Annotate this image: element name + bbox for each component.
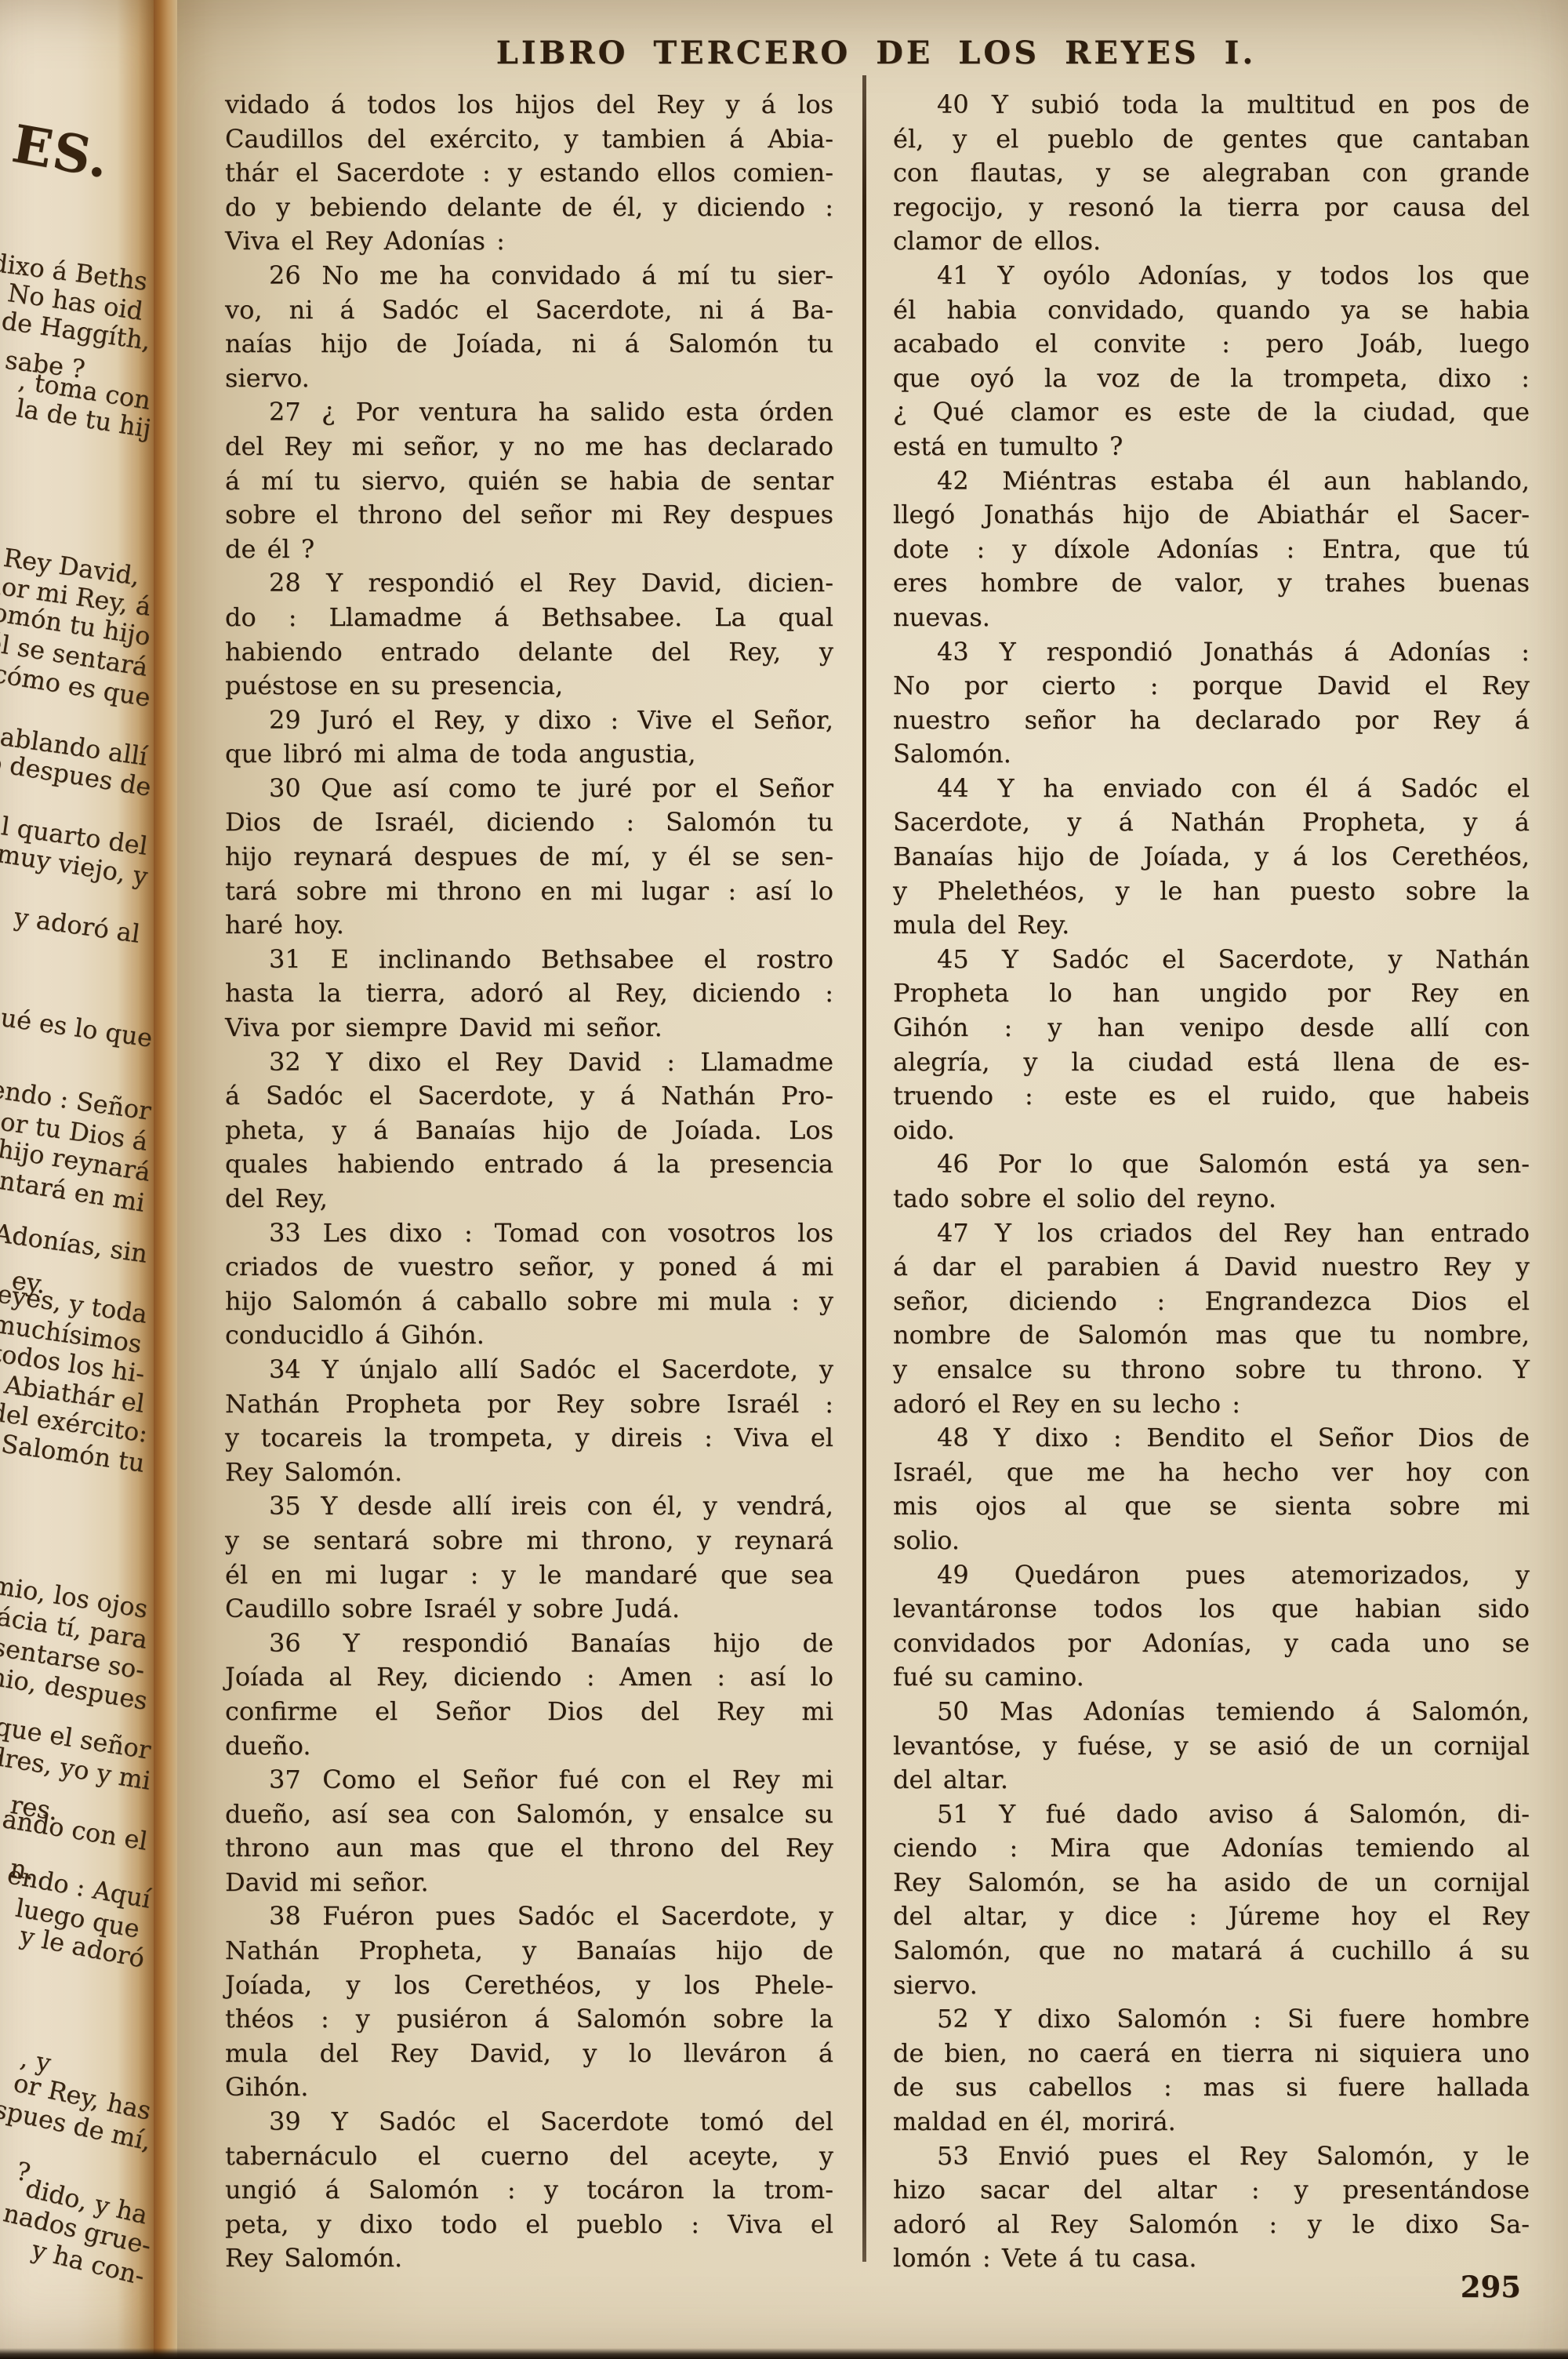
text-line: Caudillos del exército, y tambien á Abia… [225,122,833,157]
text-line: tado sobre el solio del reyno. [893,1182,1530,1216]
text-line: Salomón. [893,737,1530,772]
text-line: clamor de ellos. [893,224,1530,259]
text-line: criados de vuestro señor, y poned á mi [225,1250,833,1285]
text-line: 27 ¿ Por ventura ha salido esta órden [225,395,833,430]
text-line: 34 Y únjalo allí Sadóc el Sacerdote, y [225,1353,833,1387]
text-line: hijo Salomón á caballo sobre mi mula : y [225,1285,833,1319]
text-line: confirme el Señor Dios del Rey mi [225,1695,833,1729]
text-line: Gihón : y han venipo desde allí con [893,1011,1530,1045]
text-line: ¿ Qué clamor es este de la ciudad, que [893,395,1530,430]
text-line: dote : y díxole Adonías : Entra, que tú [893,533,1530,567]
text-line: Nathán Propheta, y Banaías hijo de [225,1934,833,1968]
text-line: 32 Y dixo el Rey David : Llamadme [225,1045,833,1080]
text-line: Rey Salomón, se ha asido de un cornijal [893,1866,1530,1900]
page-number: 295 [1286,2270,1521,2304]
prev-page-text-fragment: Qué es lo que [0,999,154,1052]
text-line: y se sentará sobre mi throno, y reynará [225,1524,833,1558]
text-line: 47 Y los criados del Rey han entrado [893,1216,1530,1251]
text-line: No por cierto : porque David el Rey [893,669,1530,703]
photo-bottom-edge [0,2348,1568,2359]
text-line: alegría, y la ciudad está llena de es- [893,1045,1530,1080]
text-line: maldad en él, morirá. [893,2105,1530,2139]
text-line: Dios de Israél, diciendo : Salomón tu [225,805,833,840]
text-line: 46 Por lo que Salomón está ya sen- [893,1147,1530,1182]
text-line: solio. [893,1524,1530,1558]
text-line: tará sobre mi throno en mi lugar : así l… [225,874,833,909]
text-line: 48 Y dixo : Bendito el Señor Dios de [893,1421,1530,1456]
text-line: nombre de Salomón mas que tu nombre, [893,1318,1530,1353]
text-line: nuestro señor ha declarado por Rey á [893,703,1530,738]
text-line: eres hombre de valor, y trahes buenas [893,566,1530,601]
prev-page-text-fragment: ES. [9,113,115,190]
text-line: théos : y pusiéron á Salomón sobre la [225,2002,833,2037]
text-line: que libró mi alma de toda angustia, [225,737,833,772]
text-line: hasta la tierra, adoró al Rey, diciendo … [225,976,833,1011]
text-line: él habia convidado, quando ya se habia [893,293,1530,328]
text-line: 41 Y oyólo Adonías, y todos los que [893,259,1530,293]
text-line: y tocareis la trompeta, y direis : Viva … [225,1421,833,1456]
text-line: él en mi lugar : y le mandaré que sea [225,1558,833,1593]
text-line: Salomón, que no matará á cuchillo á su [893,1934,1530,1968]
text-line: 51 Y fué dado aviso á Salomón, di- [893,1797,1530,1832]
text-line: habiendo entrado delante del Rey, y [225,635,833,670]
text-line: Propheta lo han ungido por Rey en [893,976,1530,1011]
text-line: puéstose en su presencia, [225,669,833,703]
text-line: 50 Mas Adonías temiendo á Salomón, [893,1695,1530,1729]
text-line: Joíada al Rey, diciendo : Amen : así lo [225,1660,833,1695]
text-line: quales habiendo entrado á la presencia [225,1147,833,1182]
text-line: Viva el Rey Adonías : [225,224,833,259]
text-column-left: vidado á todos los hijos del Rey y á los… [225,88,833,2276]
text-line: Sacerdote, y á Nathán Propheta, y á [893,805,1530,840]
previous-page-edge: ES.dixo á Beths¿ No has oido de Haggíth,… [0,0,154,2359]
text-line: truendo : este es el ruido, que habeis [893,1079,1530,1114]
text-line: á dar el parabien á David nuestro Rey y [893,1250,1530,1285]
scanned-book-photo: ES.dixo á Beths¿ No has oido de Haggíth,… [0,0,1568,2359]
text-line: 31 E inclinando Bethsabee el rostro [225,943,833,977]
text-line: haré hoy. [225,908,833,943]
text-line: Caudillo sobre Israél y sobre Judá. [225,1592,833,1627]
page-fold-gutter [154,0,177,2359]
text-line: de bien, no caerá en tierra ni siquiera … [893,2037,1530,2071]
text-line: señor, diciendo : Engrandezca Dios el [893,1285,1530,1319]
text-line: á mí tu siervo, quién se habia de sentar [225,464,833,499]
text-line: oido. [893,1114,1530,1148]
text-line: hijo reynará despues de mí, y él se sen- [225,840,833,874]
text-line: 40 Y subió toda la multitud en pos de [893,88,1530,122]
text-line: do : Llamadme á Bethsabee. La qual [225,601,833,635]
text-line: levantóse, y fuése, y se asió de un corn… [893,1729,1530,1764]
text-line: 42 Miéntras estaba él aun hablando, [893,464,1530,499]
text-line: y Phelethéos, y le han puesto sobre la [893,874,1530,909]
text-line: 44 Y ha enviado con él á Sadóc el [893,772,1530,806]
text-line: que oyó la voz de la trompeta, dixo : [893,362,1530,396]
text-line: mula del Rey David, y lo lleváron á [225,2037,833,2071]
text-line: throno aun mas que el throno del Rey [225,1831,833,1866]
text-column-right: 40 Y subió toda la multitud en pos deél,… [893,88,1530,2276]
text-line: con flautas, y se alegraban con grande [893,156,1530,191]
text-line: sobre el throno del señor mi Rey despues [225,498,833,533]
text-line: siervo. [893,1968,1530,2003]
text-line: Rey Salomón. [225,1456,833,1490]
text-line: 36 Y respondió Banaías hijo de [225,1627,833,1661]
text-line: del altar. [893,1763,1530,1797]
text-line: mula del Rey. [893,908,1530,943]
prev-page-text-fragment: Adonías, sin [0,1218,150,1269]
text-line: Joíada, y los Cerethéos, y los Phele- [225,1968,833,2003]
text-line: 35 Y desde allí ireis con él, y vendrá, [225,1489,833,1524]
text-line: naías hijo de Joíada, ni á Salomón tu [225,327,833,362]
text-line: vo, ni á Sadóc el Sacerdote, ni á Ba- [225,293,833,328]
text-line: 29 Juró el Rey, y dixo : Vive el Señor, [225,703,833,738]
prev-page-text-fragment: ando con el [1,1804,150,1856]
text-line: do y bebiendo delante de él, y diciendo … [225,191,833,225]
text-line: Nathán Propheta por Rey sobre Israél : [225,1387,833,1422]
text-line: ciendo : Mira que Adonías temiendo al [893,1831,1530,1866]
text-line: 39 Y Sadóc el Sacerdote tomó del [225,2105,833,2139]
text-line: 37 Como el Señor fué con el Rey mi [225,1763,833,1797]
text-line: conducidlo á Gihón. [225,1318,833,1353]
text-line: de sus cabellos : mas si fuere hallada [893,2070,1530,2105]
text-line: Rey Salomón. [225,2241,833,2276]
text-line: á Sadóc el Sacerdote, y á Nathán Pro- [225,1079,833,1114]
text-line: 38 Fuéron pues Sadóc el Sacerdote, y [225,1899,833,1934]
text-line: 53 Envió pues el Rey Salomón, y le [893,2139,1530,2174]
text-line: tabernáculo el cuerno del aceyte, y [225,2139,833,2174]
text-line: dueño. [225,1729,833,1764]
text-line: del Rey, [225,1182,833,1216]
text-line: 26 No me ha convidado á mí tu sier- [225,259,833,293]
text-line: regocijo, y resonó la tierra por causa d… [893,191,1530,225]
text-line: del altar, y dice : Júreme hoy el Rey [893,1899,1530,1934]
text-line: de él ? [225,533,833,567]
text-line: 52 Y dixo Salomón : Si fuere hombre [893,2002,1530,2037]
text-line: del Rey mi señor, y no me has declarado [225,430,833,464]
text-line: hizo sacar del altar : y presentándose [893,2173,1530,2208]
text-line: peta, y dixo todo el pueblo : Viva el [225,2208,833,2242]
text-line: David mi señor. [225,1866,833,1900]
text-line: 33 Les dixo : Tomad con vosotros los [225,1216,833,1251]
column-divider-rule [862,75,866,2262]
text-line: está en tumulto ? [893,430,1530,464]
text-line: Israél, que me ha hecho ver hoy con [893,1456,1530,1490]
text-line: 45 Y Sadóc el Sacerdote, y Nathán [893,943,1530,977]
text-line: pheta, y á Banaías hijo de Joíada. Los [225,1114,833,1148]
text-line: dueño, así sea con Salomón, y ensalce su [225,1797,833,1832]
text-line: llegó Jonathás hijo de Abiathár el Sacer… [893,498,1530,533]
text-line: y ensalce su throno sobre tu throno. Y [893,1353,1530,1387]
text-line: adoró al Rey Salomón : y le dixo Sa- [893,2208,1530,2242]
text-line: fué su camino. [893,1660,1530,1695]
prev-page-text-fragment: y adoró al [13,902,142,949]
text-line: acabado el convite : pero Joáb, luego [893,327,1530,362]
text-line: nuevas. [893,601,1530,635]
running-header: LIBRO TERCERO DE LOS REYES I. [223,35,1529,71]
text-line: levantáronse todos los que habian sido [893,1592,1530,1627]
text-line: Gihón. [225,2070,833,2105]
text-line: adoró el Rey en su lecho : [893,1387,1530,1422]
text-line: 28 Y respondió el Rey David, dicien- [225,566,833,601]
text-line: vidado á todos los hijos del Rey y á los [225,88,833,122]
text-line: 30 Que así como te juré por el Señor [225,772,833,806]
text-line: convidados por Adonías, y cada uno se [893,1627,1530,1661]
text-line: él, y el pueblo de gentes que cantaban [893,122,1530,157]
text-line: Banaías hijo de Joíada, y á los Cerethéo… [893,840,1530,874]
text-line: mis ojos al que se sienta sobre mi [893,1489,1530,1524]
text-line: Viva por siempre David mi señor. [225,1011,833,1045]
text-line: 49 Quedáron pues atemorizados, y [893,1558,1530,1593]
text-line: thár el Sacerdote : y estando ellos comi… [225,156,833,191]
text-line: siervo. [225,362,833,396]
text-line: ungió á Salomón : y tocáron la trom- [225,2173,833,2208]
text-line: 43 Y respondió Jonathás á Adonías : [893,635,1530,670]
